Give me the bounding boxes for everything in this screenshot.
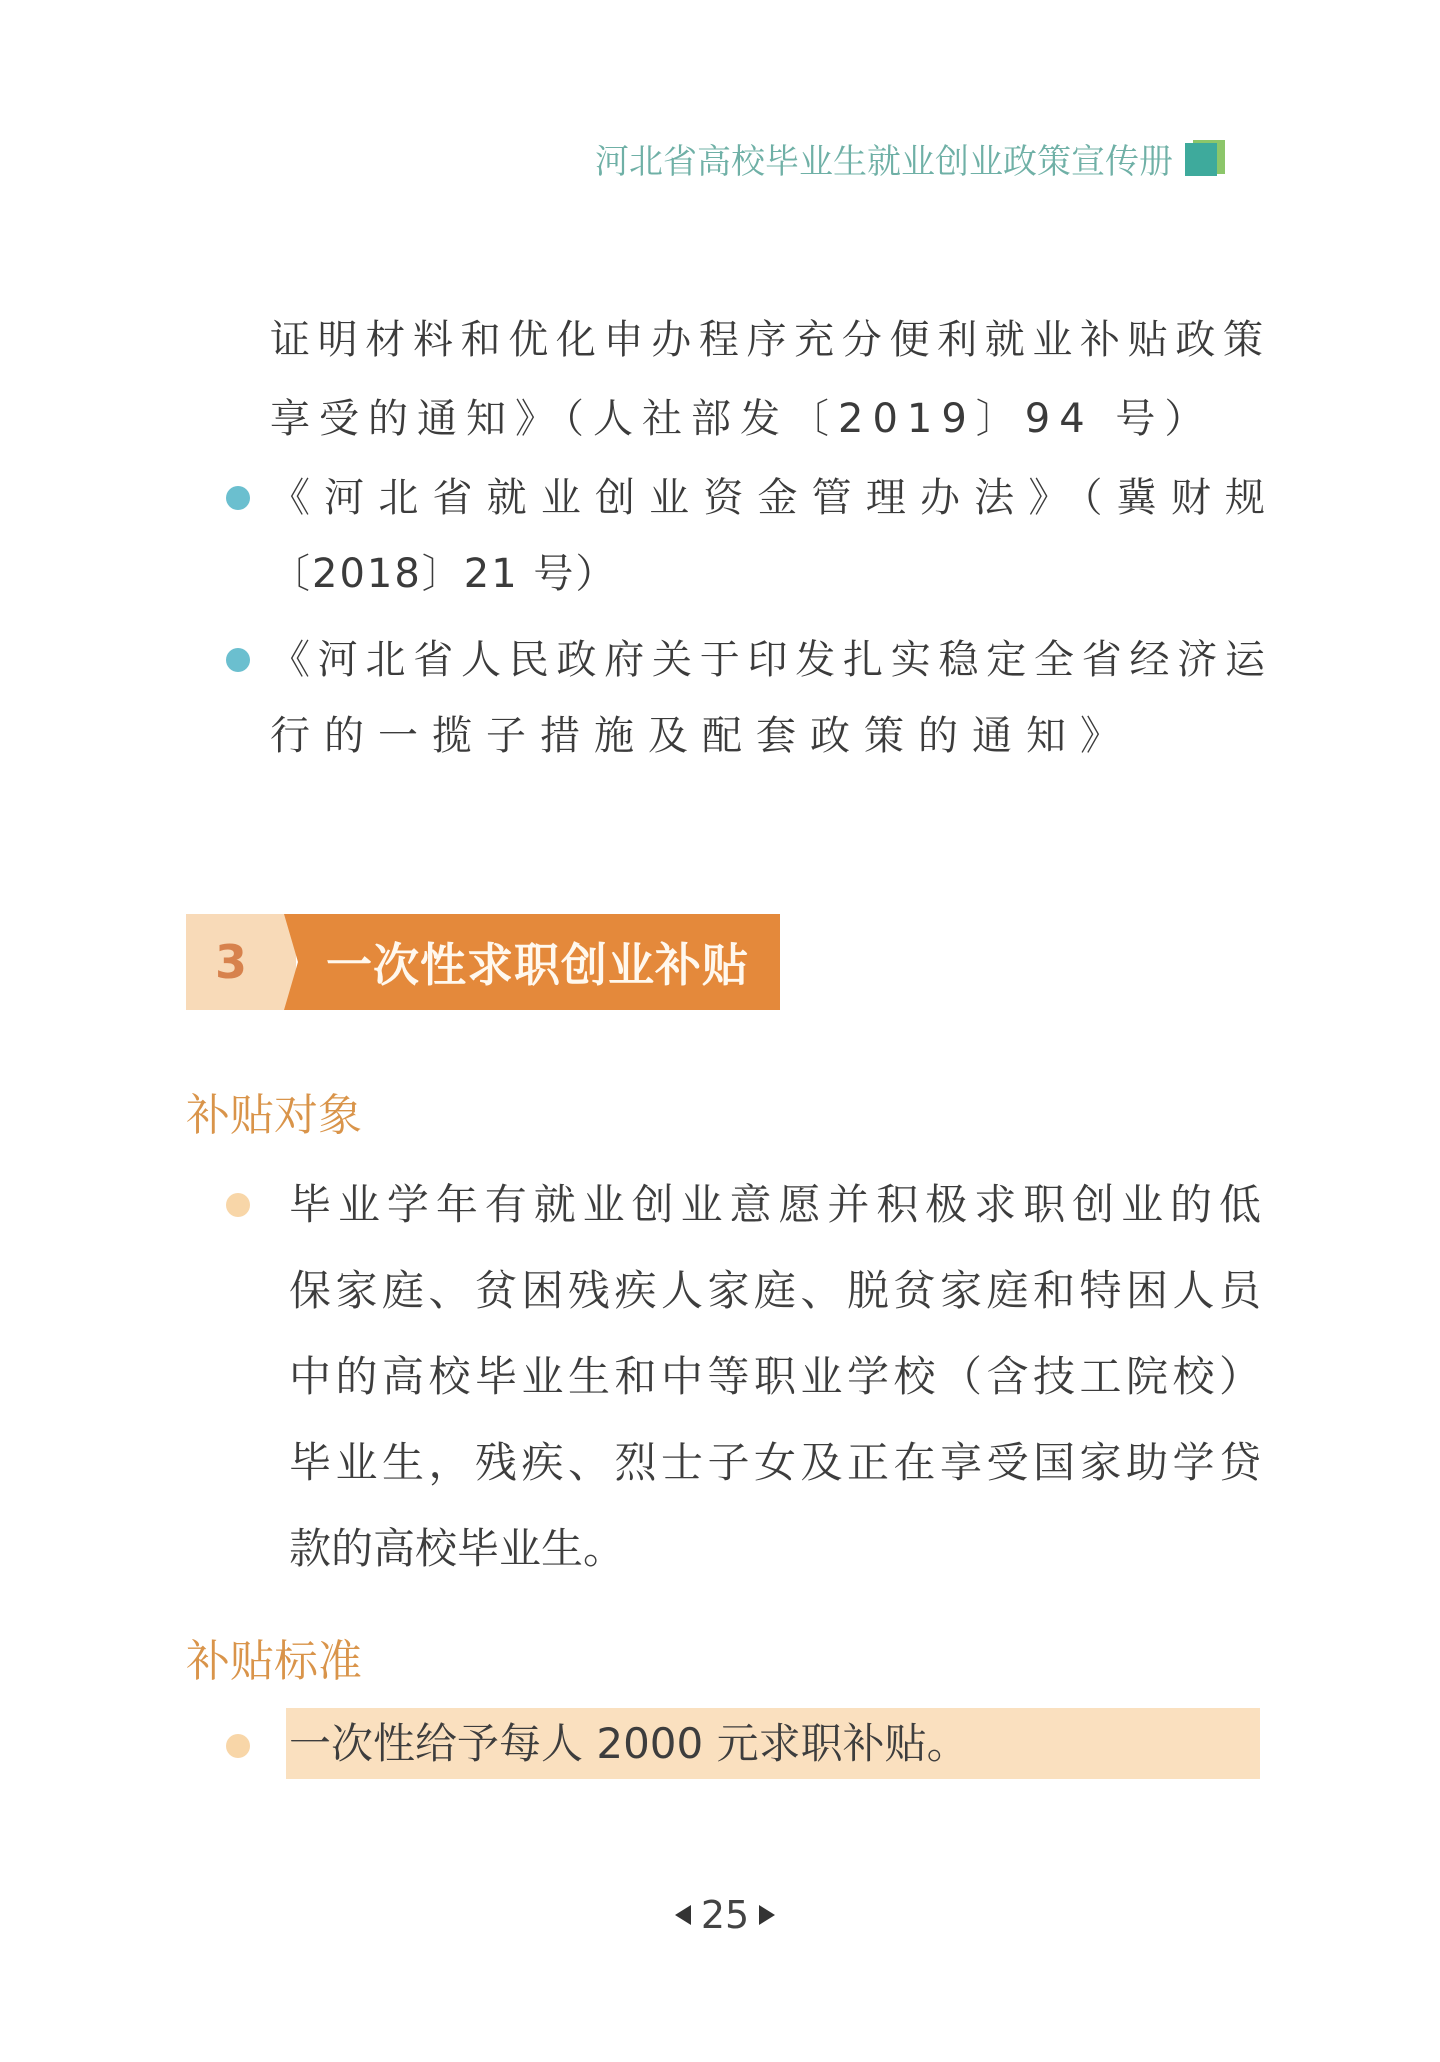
bullet-dot-icon [226, 1734, 250, 1758]
reference-continuation-line: 证明材料和优化申办程序充分便利就业补贴政策 [270, 314, 1265, 366]
booklet-title: 河北省高校毕业生就业创业政策宣传册 [595, 134, 1173, 183]
paragraph-line: 毕业学年有就业创业意愿并积极求职创业的低 [289, 1178, 1261, 1232]
section-title: 一次性求职创业补贴 [326, 914, 749, 1010]
page-number: 25 [701, 1893, 749, 1937]
page-number-indicator: 25 [660, 1892, 790, 1938]
triangle-right-icon [759, 1905, 775, 1925]
section-number: 3 [186, 914, 276, 1010]
bullet-dot-icon [226, 486, 250, 510]
reference-item: 《河北省就业创业资金管理办法》（冀财规 [270, 472, 1265, 524]
triangle-left-icon [675, 1905, 691, 1925]
paragraph-line: 保家庭、贫困残疾人家庭、脱贫家庭和特困人员 [289, 1264, 1261, 1318]
bullet-dot-icon [226, 648, 250, 672]
paragraph-line: 款的高校毕业生。 [289, 1522, 625, 1576]
standard-text: 一次性给予每人 2000 元求职补贴。 [289, 1716, 969, 1772]
reference-item: 《河北省人民政府关于印发扎实稳定全省经济运 [270, 634, 1265, 686]
subsection-heading-standard: 补贴标准 [186, 1634, 362, 1690]
reference-item-cont: 行的一揽子措施及配套政策的通知》 [270, 710, 1134, 762]
paragraph-line: 中的高校毕业生和中等职业学校（含技工院校） [289, 1350, 1261, 1404]
book-square-icon [1185, 140, 1225, 176]
section-banner: 3 一次性求职创业补贴 [186, 914, 780, 1010]
reference-continuation-line: 享受的通知》（人社部发〔2019〕94 号） [270, 393, 1213, 445]
bullet-dot-icon [226, 1193, 250, 1217]
paragraph-line: 毕业生，残疾、烈士子女及正在享受国家助学贷 [289, 1436, 1261, 1490]
subsection-heading-target: 补贴对象 [186, 1088, 362, 1144]
running-header: 河北省高校毕业生就业创业政策宣传册 [595, 132, 1225, 184]
reference-item-cont: 〔2018〕21 号） [270, 548, 617, 600]
